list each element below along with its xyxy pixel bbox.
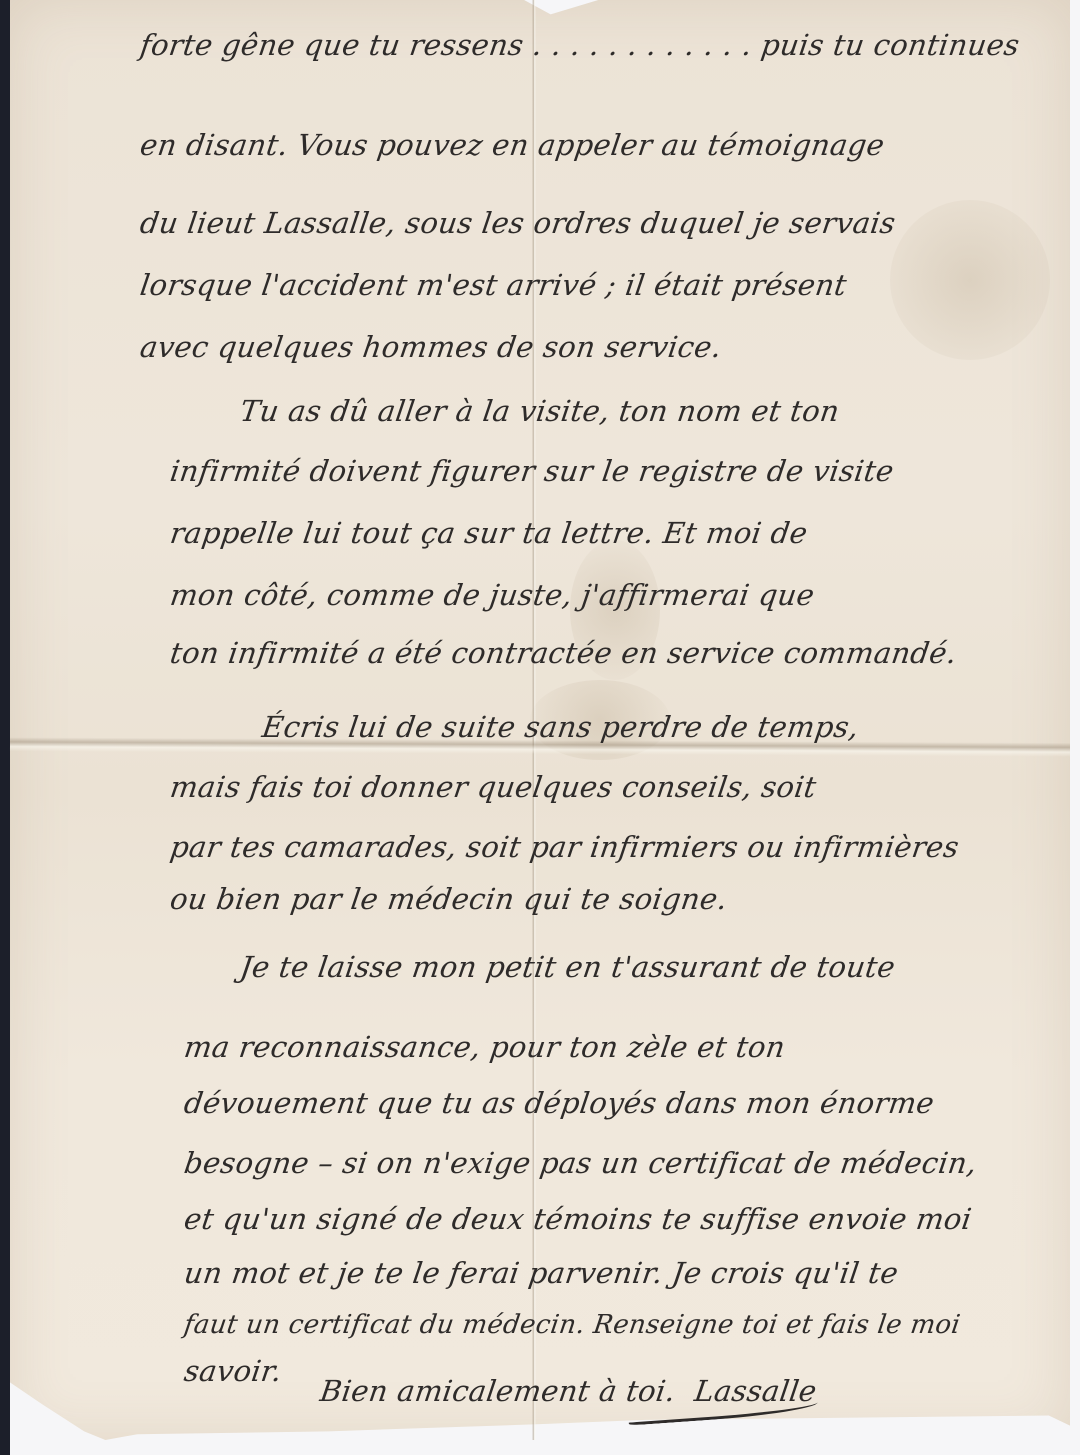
letter-line-5: avec quelques hommes de son service. <box>138 330 724 364</box>
letter-line-4: lorsque l'accident m'est arrivé ; il éta… <box>138 268 849 302</box>
letter-line-6: Tu as dû aller à la visite, ton nom et t… <box>238 394 842 428</box>
scan-border <box>0 0 10 1455</box>
letter-line-22: savoir. <box>182 1354 284 1388</box>
letter-line-15: Je te laisse mon petit en t'assurant de … <box>238 950 897 984</box>
letter-line-9: mon côté, comme de juste, j'affirmerai q… <box>168 578 817 612</box>
letter-line-11: Écris lui de suite sans perdre de temps, <box>260 710 861 744</box>
letter-line-10: ton infirmité a été contractée en servic… <box>168 636 959 670</box>
letter-line-20: un mot et je te le ferai parvenir. Je cr… <box>182 1256 900 1290</box>
letter-line-1: forte gêne que tu ressens . . . . . . . … <box>138 28 1022 62</box>
letter-line-13: par tes camarades, soit par infirmiers o… <box>168 830 961 864</box>
letter-line-21: faut un certificat du médecin. Renseigne… <box>182 1310 962 1340</box>
letter-line-2: en disant. Vous pouvez en appeler au tém… <box>138 128 887 162</box>
paper-stain <box>890 200 1050 360</box>
letter-line-14: ou bien par le médecin qui te soigne. <box>168 882 730 916</box>
closing-text: Bien amicalement à toi. <box>318 1374 678 1408</box>
letter-line-17: dévouement que tu as déployés dans mon é… <box>182 1086 936 1120</box>
letter-line-16: ma reconnaissance, pour ton zèle et ton <box>182 1030 787 1064</box>
letter-line-8: rappelle lui tout ça sur ta lettre. Et m… <box>168 516 810 550</box>
letter-line-18: besogne – si on n'exige pas un certifica… <box>182 1146 979 1180</box>
letter-line-12: mais fais toi donner quelques conseils, … <box>168 770 819 804</box>
letter-line-7: infirmité doivent figurer sur le registr… <box>168 454 896 488</box>
letter-line-3: du lieut Lassalle, sous les ordres duque… <box>138 206 898 240</box>
letter-line-19: et qu'un signé de deux témoins te suffis… <box>182 1202 974 1236</box>
